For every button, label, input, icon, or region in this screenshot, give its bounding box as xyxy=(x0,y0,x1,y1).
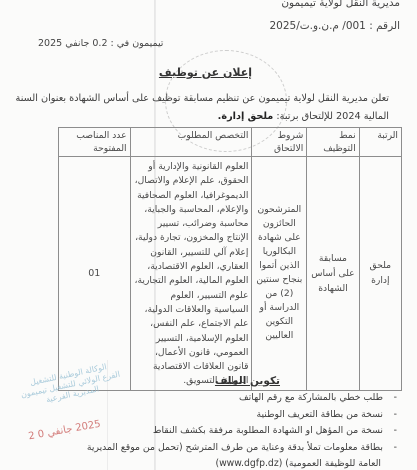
cell-rank: ملحق إدارة xyxy=(359,157,401,391)
header-rank: الرتبة xyxy=(359,128,401,157)
cell-posts: 01 xyxy=(59,157,131,391)
document-page: مديرية النقل لولاية تيميمون الرقم : 001/… xyxy=(0,0,417,470)
file-section-title: تكوين الملف xyxy=(215,375,280,387)
recruitment-table: الرتبة نمط التوظيف شروط الالتحاق التخصص … xyxy=(58,127,402,391)
announcement-intro: تعلن مديرية النقل لولاية تيميمون عن تنظي… xyxy=(9,90,389,126)
cell-specialization: العلوم القانونية والإدارية أو الحقوق، عل… xyxy=(130,157,252,391)
list-item: -بطاقة معلومات تملأ بدقة وعناية من طرف ا… xyxy=(77,440,397,457)
list-item-continuation: العامة للوظيفة العمومية) (www.dgfp.dz) xyxy=(77,456,397,470)
reference-number: الرقم : 001/ م.ن.و.ت/2025 xyxy=(269,20,400,32)
intro-text: تعلن مديرية النقل لولاية تيميمون عن تنظي… xyxy=(16,93,390,122)
place-and-date: تيميمون في : 0.2 جانفي 2025 xyxy=(38,38,163,49)
cell-mode: مسابقة على أساس الشهادة xyxy=(307,157,359,391)
announcement-title: إعلان عن توظيف xyxy=(159,66,252,79)
list-item: -طلب خطي بالمشاركة مع رقم الهاتف xyxy=(77,390,397,407)
list-item: -نسخة من بطاقة التعريف الوطنية xyxy=(77,407,397,424)
required-documents-list: -طلب خطي بالمشاركة مع رقم الهاتف -نسخة م… xyxy=(77,390,397,470)
intro-rank: ملحق إدارة. xyxy=(218,111,274,122)
header-specialization: التخصص المطلوب xyxy=(130,128,252,157)
list-item: -نسخة من المؤهل او الشهادة المطلوبة مرفق… xyxy=(77,423,397,440)
directorate-name: مديرية النقل لولاية تيميمون xyxy=(281,0,400,9)
table-row: ملحق إدارة مسابقة على أساس الشهادة المتر… xyxy=(59,157,402,391)
header-posts: عدد المناصب المفتوحة xyxy=(59,128,131,157)
table-header-row: الرتبة نمط التوظيف شروط الالتحاق التخصص … xyxy=(59,128,402,157)
header-mode: نمط التوظيف xyxy=(307,128,359,157)
cell-conditions: المترشحون الحائزون على شهادة البكالوريا … xyxy=(252,157,307,391)
header-conditions: شروط الالتحاق xyxy=(252,128,307,157)
